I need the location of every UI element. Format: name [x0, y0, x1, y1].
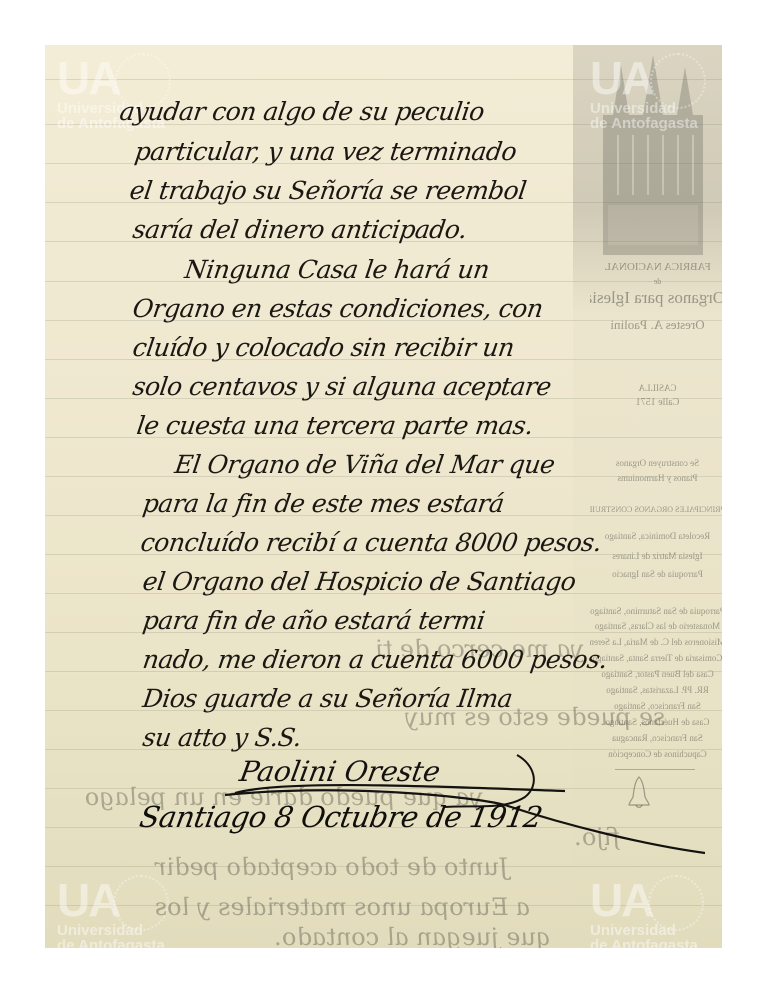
watermark-text: de Antofagasta: [590, 116, 698, 131]
letterhead-line: Parroquia de San Saturnino, Santiago: [590, 606, 722, 616]
letterhead-line: Recoleta Domínica, Santiago: [590, 531, 722, 541]
letterhead-line: CASILLA: [590, 383, 722, 393]
letterhead-line: Casa del Buen Pastor, Santiago: [590, 669, 722, 679]
letterhead-line: Misioneros del C. de María, La Serena: [590, 637, 722, 647]
letter-line: particular, y una vez terminado: [133, 137, 518, 166]
letterhead-line: de: [590, 277, 722, 286]
letterhead-line: Parroquia de San Ignacio: [590, 569, 722, 579]
letter-line: Organo en estas condiciones, con: [131, 294, 545, 323]
letter-line: saría del dinero anticipado.: [131, 215, 469, 244]
letter-line: solo centavos y si alguna aceptare: [131, 372, 553, 401]
letterhead-line: RR. PP. Lazaristas, Santiago: [590, 685, 722, 695]
letterhead-line: PRINCIPALES ORGANOS CONSTRUIDOS: [590, 505, 722, 514]
letter-line: ayudar con algo de su peculio: [118, 97, 486, 126]
letter-line: le cuesta una tercera parte mas.: [135, 411, 535, 440]
letter-line: nado, me dieron a cuenta 6000 pesos.: [141, 645, 609, 674]
letter-line: para fin de año estará termi: [141, 606, 487, 635]
letter-page: FABRICA NACIONAL de Organos para Iglesia…: [45, 45, 722, 948]
watermark-seal-icon: [650, 53, 706, 109]
letterhead-line: Monasterio de las Claras, Santiago: [590, 621, 722, 631]
letterhead-line: FABRICA NACIONAL: [590, 261, 722, 273]
signature-flourish-icon: [145, 735, 705, 855]
bleed-through-line: Junto de todo aceptado pedir: [153, 853, 511, 881]
letterhead-line: Se construyen Organos: [590, 458, 722, 468]
letter-line: cluído y colocado sin recibir un: [131, 333, 516, 362]
letter-line: el Organo del Hospicio de Santiago: [141, 567, 578, 596]
date-line: Santiago 8 Octubre de 1912: [137, 800, 545, 834]
letterhead-line: Organos para Iglesias: [590, 288, 722, 308]
letterhead-line: Calle 1571: [590, 397, 722, 408]
letter-line: El Organo de Viña del Mar que: [173, 450, 557, 479]
watermark-text: de Antofagasta: [590, 938, 698, 948]
letterhead-line: Comisaría de Tierra Santa, Santiago: [590, 653, 722, 663]
letter-line: para la fin de este mes estará: [141, 489, 506, 518]
letter-line: Dios guarde a su Señoría Ilma: [141, 684, 514, 713]
letterhead-line: Pianos y Harmoniums: [590, 473, 722, 483]
letter-line: el trabajo su Señoría se reembol: [128, 176, 528, 205]
watermark-text: de Antofagasta: [57, 938, 165, 948]
letterhead-line: Iglesia Matriz de Linares: [590, 551, 722, 561]
letterhead-line: Orestes A. Paolini: [590, 317, 722, 333]
letter-line: concluído recibí a cuenta 8000 pesos.: [139, 528, 603, 557]
letter-line: Ninguna Casa le hará un: [183, 255, 491, 284]
bleed-through-line: a Europa unos materiales y los: [153, 893, 532, 921]
watermark-seal-icon: [648, 875, 704, 931]
bleed-through-line: que juegan al contado.: [273, 923, 553, 948]
